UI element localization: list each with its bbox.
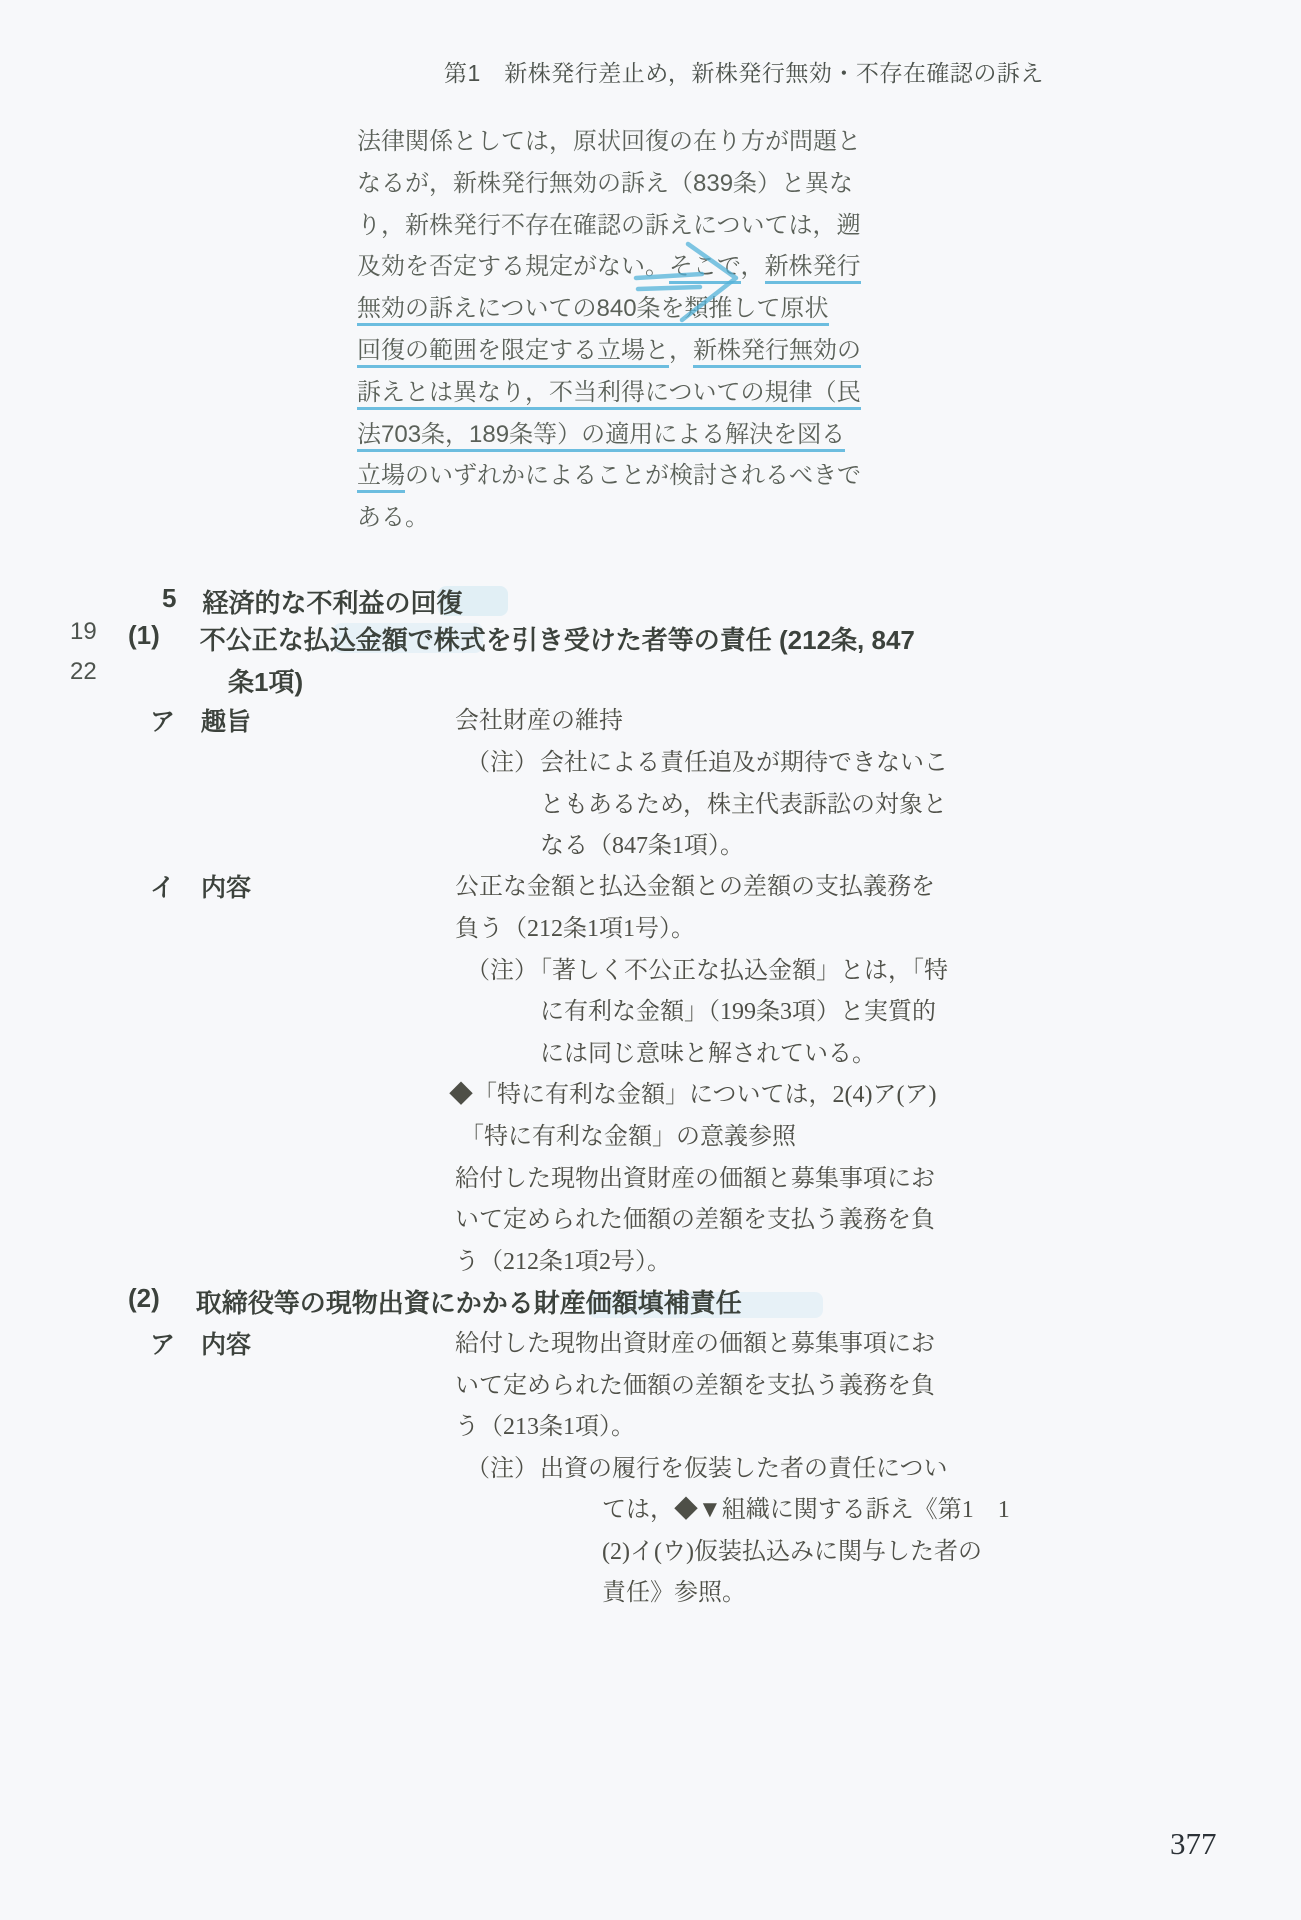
item-number: (1) [128,620,160,657]
label-kana: ア [150,1325,175,1361]
note-line: （注）会社による責任追及が期待できないこ [466,742,948,777]
intro-line: 及効を否定する規定がない。そこで，新株発行 [357,246,861,288]
intro-text: ある。 [357,504,429,531]
content-line: 会社財産の維持 [455,700,623,735]
item1-heading-cont: 条1項) [228,662,303,699]
label-text: 趣旨 [201,702,251,738]
underlined-text: 法703条，189条等）の適用による解決を図る [357,421,845,452]
underlined-text: 新株発行無効の [693,337,861,368]
underlined-text: そこで [669,253,741,284]
book-page: 第1 新株発行差止め，新株発行無効・不存在確認の訴え 法律関係としては，原状回復… [0,0,1301,1920]
content-line: 公正な金額と払込金額との差額の支払義務を [455,866,935,901]
note-line: (2)イ(ウ)仮装払込みに関与した者の [602,1531,982,1566]
note-marker: （注） [466,958,538,984]
note-line: 責任》参照。 [602,1572,746,1607]
intro-line: 法律関係としては，原状回復の在り方が問題と [357,121,861,163]
intro-text: ， [741,253,765,280]
item-number: (2) [128,1283,160,1320]
content-line: う（213条1項）。 [455,1406,635,1441]
intro-text: り，新株発行不存在確認の訴えについては，遡 [357,212,861,239]
underlined-text: 立場 [357,462,405,493]
underlined-text: 訴えとは異なり，不当利得についての規律（民 [357,379,861,410]
label-kana: ア [150,702,175,738]
note-line: なる（847条1項）。 [540,825,744,860]
note-line: （注）出資の履行を仮装した者の責任につい [466,1448,948,1483]
page-number: 377 [1170,1826,1217,1862]
note-line: ては，◆▼組織に関する訴え《第1 1 [602,1489,1010,1524]
label-text: 内容 [201,868,251,904]
intro-line: なるが，新株発行無効の訴え（839条）と異な [357,163,861,205]
running-header: 第1 新株発行差止め，新株発行無効・不存在確認の訴え [444,55,1044,88]
margin-number: 19 [70,618,97,646]
intro-text: のいずれかによることが検討されるべきで [405,462,861,489]
intro-line: 立場のいずれかによることが検討されるべきで [357,455,861,497]
note-line: に有利な金額」（199条3項）と実質的 [540,991,936,1026]
content-line: 負う（212条1項1号）。 [455,908,695,943]
intro-text: ， [669,337,693,364]
note-text: 出資の履行を仮装した者の責任につい [540,1456,948,1482]
intro-paragraph: 法律関係としては，原状回復の在り方が問題と なるが，新株発行無効の訴え（839条… [357,121,861,539]
content-line: う（212条1項2号）。 [455,1241,671,1276]
intro-line: ある。 [357,497,861,539]
note-line: ともあるため，株主代表訴訟の対象と [540,784,947,819]
underlined-text: 回復の範囲を限定する立場と [357,337,669,368]
section-heading: 5 経済的な不利益の回復 [162,583,462,620]
note-line: （注）「著しく不公正な払込金額」とは，「特 [466,950,948,985]
intro-line: 法703条，189条等）の適用による解決を図る [357,414,861,456]
cross-reference-line: ◆「特に有利な金額」については，2(4)ア(ア) [449,1074,937,1109]
underlined-text: 新株発行 [765,253,861,284]
label-a-naiyo: ア 内容 [150,1325,251,1361]
item-title: 取締役等の現物出資にかかる財産価額填補責任 [196,1283,742,1320]
note-text: 「著しく不公正な払込金額」とは，「特 [540,958,948,984]
label-i-naiyo: イ 内容 [150,868,251,904]
margin-number: 22 [70,658,97,686]
note-line: には同じ意味と解されている。 [540,1033,876,1068]
underlined-text: 無効の訴えについての840条を類推して原状 [357,295,829,326]
note-text: 会社による責任追及が期待できないこ [540,750,948,776]
section-title: 経済的な不利益の回復 [202,583,462,620]
item1-heading: (1) 不公正な払込金額で株式を引き受けた者等の責任 (212条, 847 [128,620,915,657]
intro-text: 及効を否定する規定がない。 [357,253,669,280]
note-marker: （注） [466,750,538,776]
item2-heading: (2) 取締役等の現物出資にかかる財産価額填補責任 [128,1283,742,1320]
content-line: いて定められた価額の差額を支払う義務を負 [455,1199,935,1234]
label-text: 内容 [201,1325,251,1361]
section-number: 5 [162,583,176,620]
intro-line: 回復の範囲を限定する立場と，新株発行無効の [357,330,861,372]
content-line: 給付した現物出資財産の価額と募集事項にお [455,1323,935,1358]
label-a-shushi: ア 趣旨 [150,702,251,738]
content-line: いて定められた価額の差額を支払う義務を負 [455,1365,935,1400]
note-marker: （注） [466,1456,538,1482]
cross-reference-line: 「特に有利な金額」の意義参照 [460,1116,796,1151]
intro-line: 訴えとは異なり，不当利得についての規律（民 [357,372,861,414]
intro-text: 法律関係としては，原状回復の在り方が問題と [357,128,861,155]
intro-line: り，新株発行不存在確認の訴えについては，遡 [357,205,861,247]
label-kana: イ [150,868,175,904]
intro-line: 無効の訴えについての840条を類推して原状 [357,288,861,330]
content-line: 給付した現物出資財産の価額と募集事項にお [455,1158,935,1193]
intro-text: なるが，新株発行無効の訴え（839条）と異な [357,170,853,197]
item-title: 不公正な払込金額で株式を引き受けた者等の責任 (212条, 847 [200,620,915,657]
